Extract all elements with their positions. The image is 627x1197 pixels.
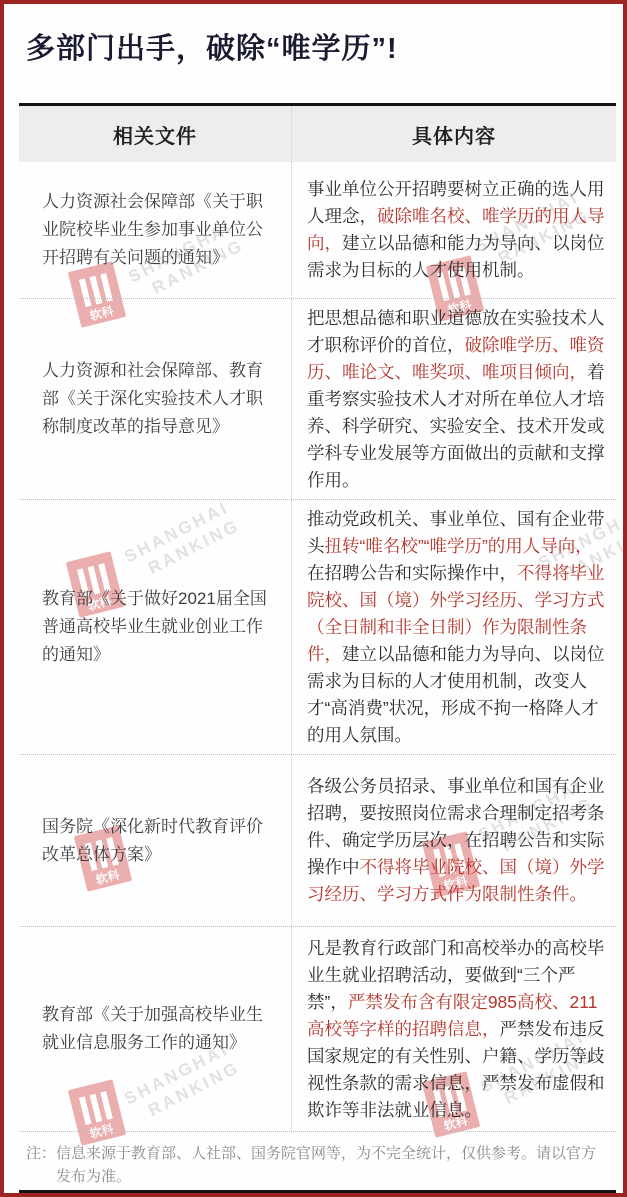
normal-text: 建立以品德和能力为导向、以岗位需求为目标的人才使用机制。: [307, 233, 605, 280]
footnote-text: 信息来源于教育部、人社部、国务院官网等，为不完全统计，仅供参考。请以官方发布为准…: [56, 1142, 608, 1188]
document-cell: 人力资源社会保障部《关于职业院校毕业生参加事业单位公开招聘有关问题的通知》: [19, 162, 291, 298]
table-header-row: 相关文件 具体内容: [19, 106, 616, 162]
document-cell: 人力资源和社会保障部、教育部《关于深化实验技术人才职称制度改革的指导意见》: [19, 299, 291, 499]
column-header-documents: 相关文件: [19, 106, 291, 162]
table-row: 人力资源社会保障部《关于职业院校毕业生参加事业单位公开招聘有关问题的通知》事业单…: [19, 162, 616, 299]
normal-text: 在招聘公告和实际操作中，: [307, 563, 517, 583]
content-text: 把思想品德和职业道德放在实验技术人才职称评价的首位，破除唯学历、唯资历、唯论文、…: [307, 305, 607, 494]
document-cell: 教育部《关于做好2021届全国普通高校毕业生就业创业工作的通知》: [19, 500, 291, 754]
table-bottom-rule: [19, 1190, 616, 1193]
document-title: 人力资源和社会保障部、教育部《关于深化实验技术人才职称制度改革的指导意见》: [42, 357, 279, 441]
content-cell: 各级公务员招录、事业单位和国有企业招聘，要按照岗位需求合理制定招考条件、确定学历…: [291, 755, 616, 926]
content-text: 各级公务员招录、事业单位和国有企业招聘，要按照岗位需求合理制定招考条件、确定学历…: [307, 773, 607, 908]
document-title: 国务院《深化新时代教育评价改革总体方案》: [42, 813, 279, 869]
footnote-label: 注：: [26, 1142, 56, 1188]
table-row: 国务院《深化新时代教育评价改革总体方案》各级公务员招录、事业单位和国有企业招聘，…: [19, 755, 616, 927]
content-text: 推动党政机关、事业单位、国有企业带头扭转“唯名校”“唯学历”的用人导向，在招聘公…: [307, 506, 607, 749]
content-text: 事业单位公开招聘要树立正确的选人用人理念，破除唯名校、唯学历的用人导向，建立以品…: [307, 176, 607, 284]
table-row: 教育部《关于加强高校毕业生就业信息服务工作的通知》凡是教育行政部门和高校举办的高…: [19, 927, 616, 1132]
normal-text: 建立以品德和能力为导向、以岗位需求为目标的人才使用机制，改变人才“高消费”状况，…: [307, 644, 605, 745]
document-cell: 教育部《关于加强高校毕业生就业信息服务工作的通知》: [19, 927, 291, 1131]
table-row: 教育部《关于做好2021届全国普通高校毕业生就业创业工作的通知》推动党政机关、事…: [19, 500, 616, 755]
document-title: 人力资源社会保障部《关于职业院校毕业生参加事业单位公开招聘有关问题的通知》: [42, 188, 279, 272]
infographic-page: 多部门出手，破除“唯学历”! 软科SHANGHAIRANKING软科SHANGH…: [0, 0, 627, 1197]
content-cell: 推动党政机关、事业单位、国有企业带头扭转“唯名校”“唯学历”的用人导向，在招聘公…: [291, 500, 616, 754]
document-title: 教育部《关于做好2021届全国普通高校毕业生就业创业工作的通知》: [42, 585, 279, 669]
content-cell: 凡是教育行政部门和高校举办的高校毕业生就业招聘活动，要做到“三个严禁”，严禁发布…: [291, 927, 616, 1131]
content-text: 凡是教育行政部门和高校举办的高校毕业生就业招聘活动，要做到“三个严禁”，严禁发布…: [307, 935, 607, 1124]
content-cell: 事业单位公开招聘要树立正确的选人用人理念，破除唯名校、唯学历的用人导向，建立以品…: [291, 162, 616, 298]
table-row: 人力资源和社会保障部、教育部《关于深化实验技术人才职称制度改革的指导意见》把思想…: [19, 299, 616, 500]
footnote: 注： 信息来源于教育部、人社部、国务院官网等，为不完全统计，仅供参考。请以官方发…: [26, 1142, 608, 1188]
table-body: 人力资源社会保障部《关于职业院校毕业生参加事业单位公开招聘有关问题的通知》事业单…: [19, 162, 616, 1132]
column-header-content: 具体内容: [291, 106, 616, 162]
policy-table: 相关文件 具体内容 人力资源社会保障部《关于职业院校毕业生参加事业单位公开招聘有…: [19, 103, 616, 1132]
content-cell: 把思想品德和职业道德放在实验技术人才职称评价的首位，破除唯学历、唯资历、唯论文、…: [291, 299, 616, 499]
page-title: 多部门出手，破除“唯学历”!: [26, 26, 398, 67]
document-cell: 国务院《深化新时代教育评价改革总体方案》: [19, 755, 291, 926]
document-title: 教育部《关于加强高校毕业生就业信息服务工作的通知》: [42, 1001, 279, 1057]
highlighted-text: 扭转“唯名校”“唯学历”的用人导向，: [325, 536, 593, 556]
